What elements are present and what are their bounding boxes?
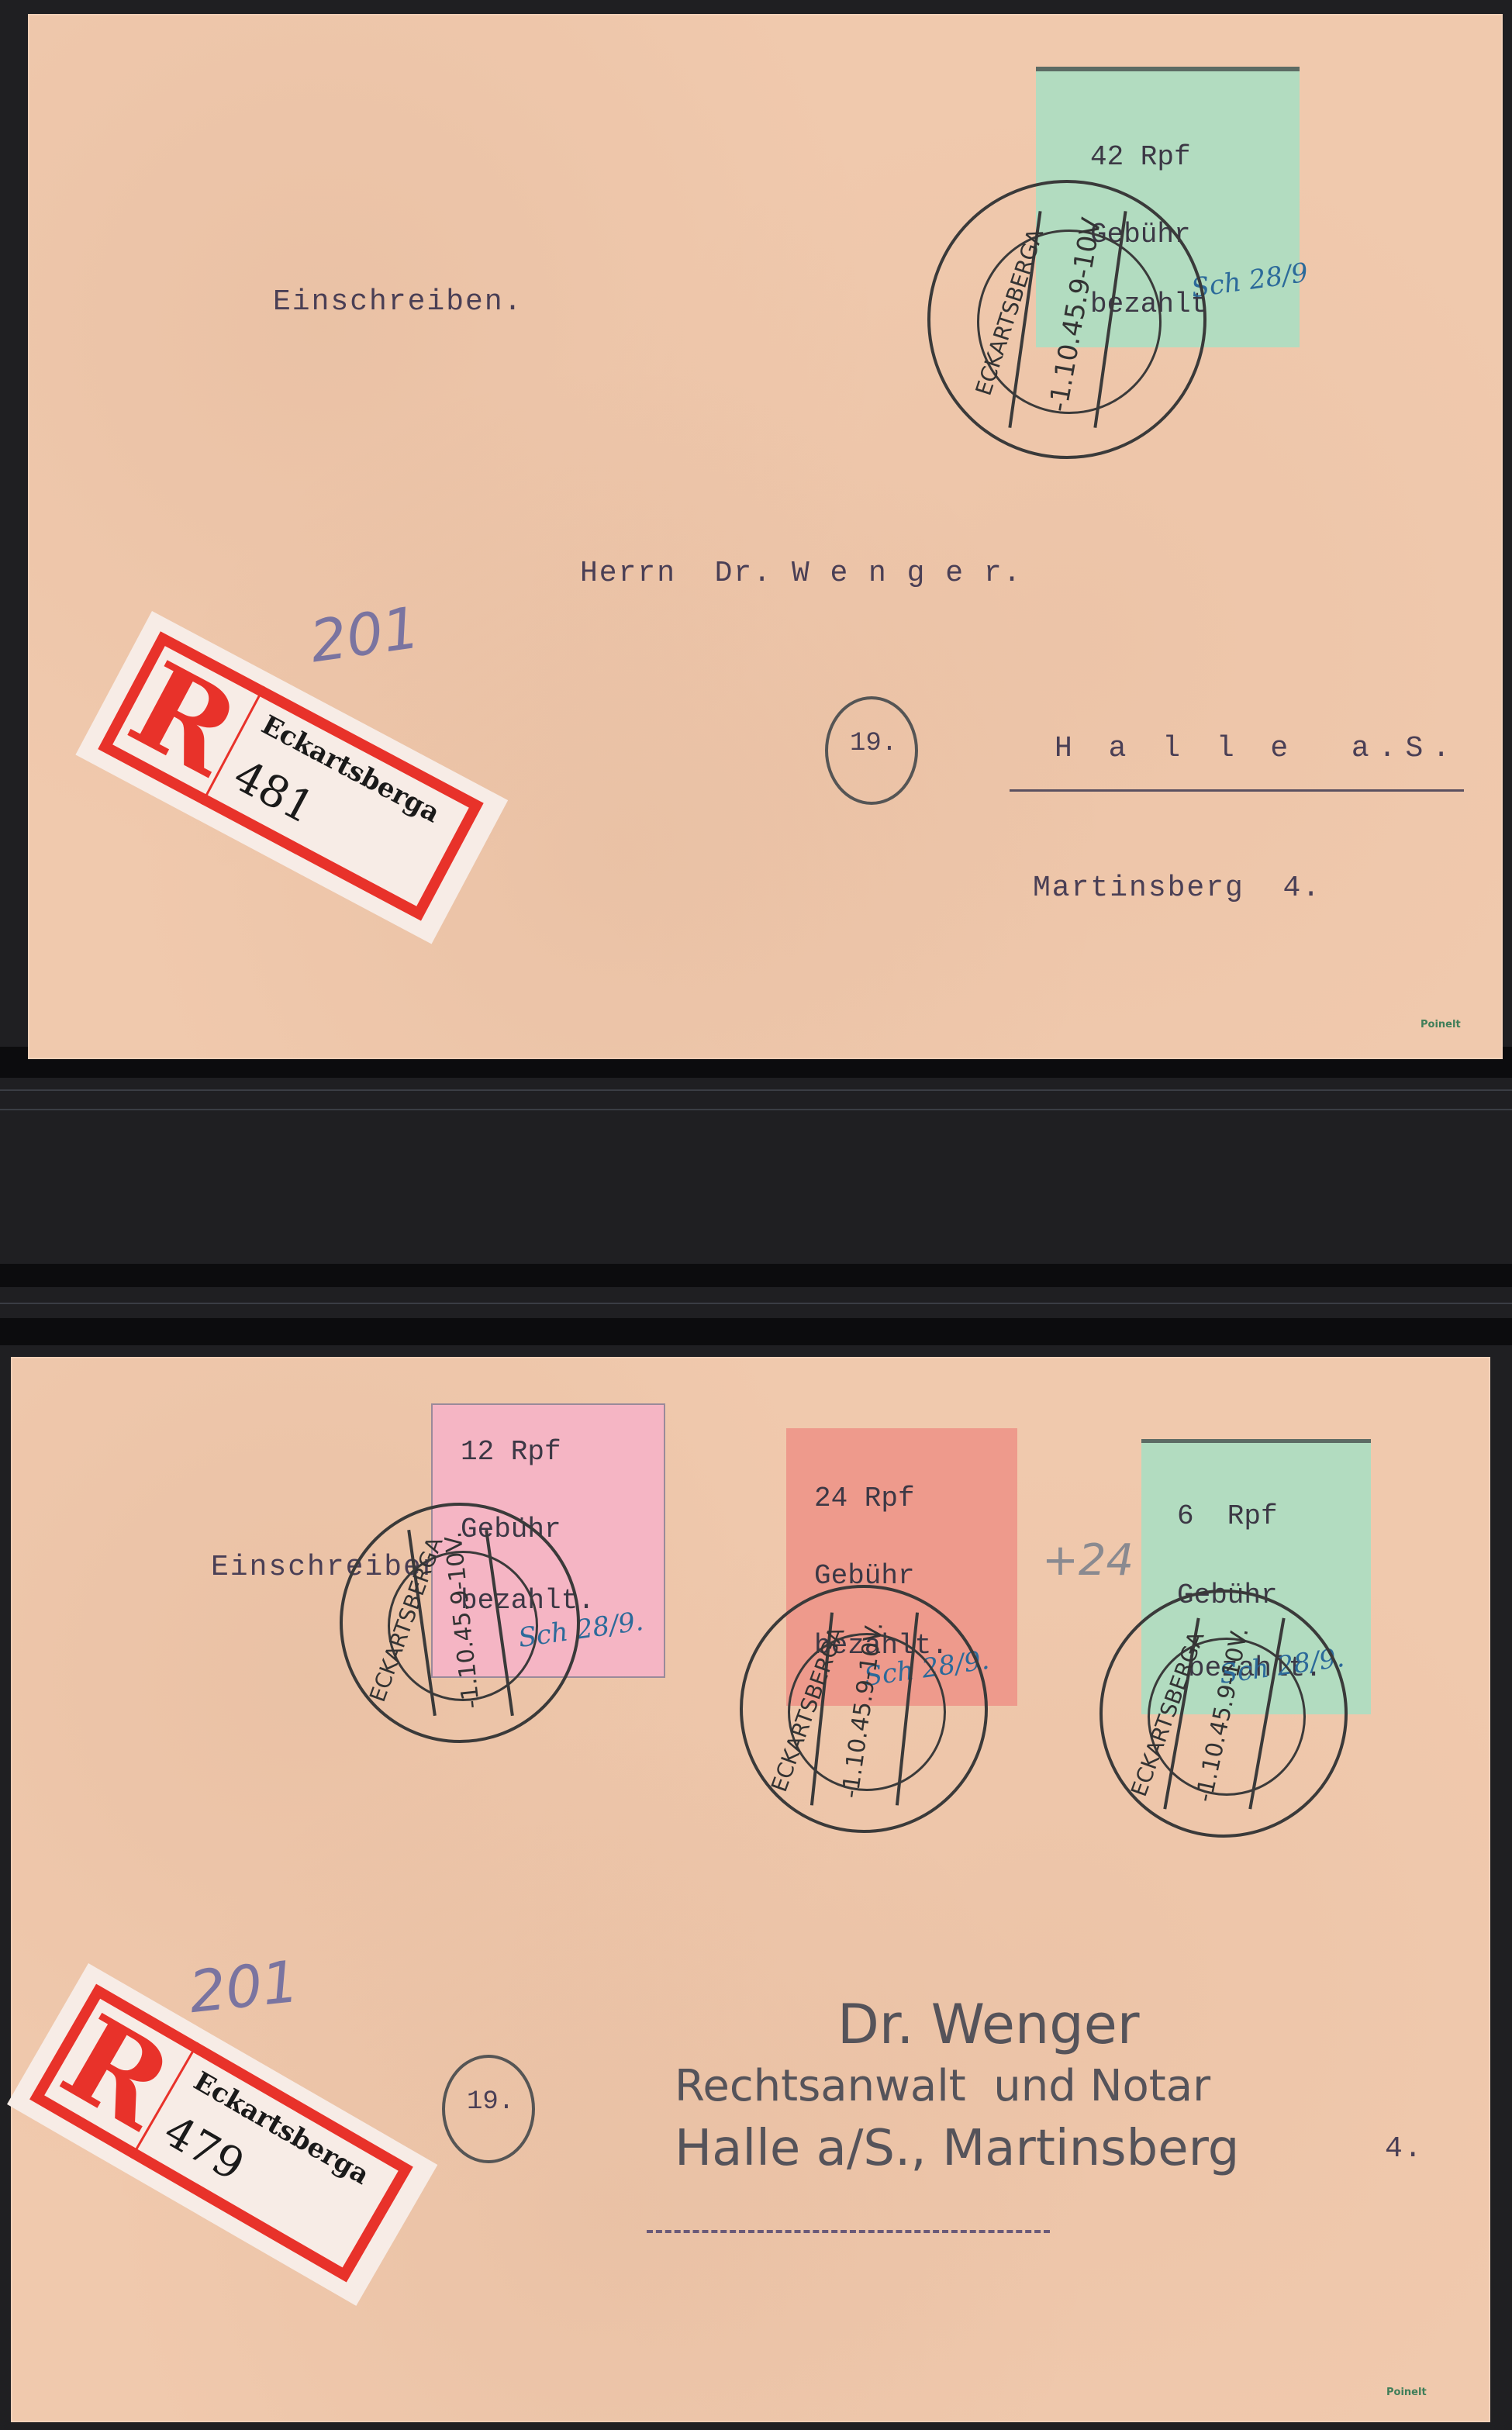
album-line	[0, 1089, 1512, 1091]
stamp-value: 24 Rpf	[814, 1483, 915, 1514]
postal-zone: 19.	[850, 729, 897, 758]
sender-stamp-address: Halle a/S., Martinsberg	[675, 2120, 1239, 2177]
album-line	[0, 1109, 1512, 1110]
stamp-signature: Sch 28/9	[1189, 257, 1310, 305]
street-number: 4.	[1385, 2132, 1424, 2166]
heading-einschreiben: Einschreiben.	[273, 285, 523, 319]
pencil-sum: +24	[1042, 1535, 1134, 1586]
postmark-eckartsberga-3: ECKARTSBERGA -1.10.45.9-10V.	[1099, 1590, 1348, 1838]
sender-stamp-name: Dr. Wenger	[837, 1993, 1140, 2056]
dashed-underline	[647, 2230, 1050, 2233]
album-strip-bottom	[0, 1318, 1512, 1345]
city-underline	[1010, 789, 1464, 792]
registration-label: R Eckartsberga 481	[75, 611, 508, 944]
postmark-eckartsberga-1: ECKARTSBERGA -1.10.45.9-10V.	[340, 1503, 580, 1743]
city: H a l l e a.S.	[1055, 732, 1459, 765]
stamp-value: 12 Rpf	[461, 1436, 561, 1468]
postal-zone-circle: 19.	[442, 2055, 535, 2163]
printer-mark: Poinelt	[1386, 2387, 1427, 2398]
street: Martinsberg 4.	[1033, 872, 1321, 905]
stamp-value: 42 Rpf	[1090, 141, 1191, 173]
album-line	[0, 1303, 1512, 1304]
album-strip-middle	[0, 1264, 1512, 1287]
cover-1: Einschreiben. 42 Rpf Gebühr bezahlt Sch …	[28, 14, 1503, 1059]
postal-zone-circle: 19.	[825, 696, 918, 805]
printer-mark: Poinelt	[1421, 1019, 1461, 1030]
cover-2: Einschreiben. 12 Rpf Gebühr bezahlt. Sch…	[11, 1357, 1490, 2422]
stamp-value: 6 Rpf	[1177, 1500, 1278, 1532]
pencil-note: 201	[306, 595, 424, 676]
postal-zone: 19.	[467, 2087, 514, 2117]
addressee: Herrn Dr. W e n g e r.	[580, 557, 1023, 590]
pencil-note: 201	[186, 1948, 302, 2026]
postmark-eckartsberga: ECKARTSBERGA -1.10.45.9-10V	[927, 180, 1206, 459]
sender-stamp-title: Rechtsanwalt und Notar	[675, 2061, 1210, 2111]
postmark-eckartsberga-2: ECKARTSBERGA -1.10.45.9-10V.	[740, 1585, 988, 1833]
